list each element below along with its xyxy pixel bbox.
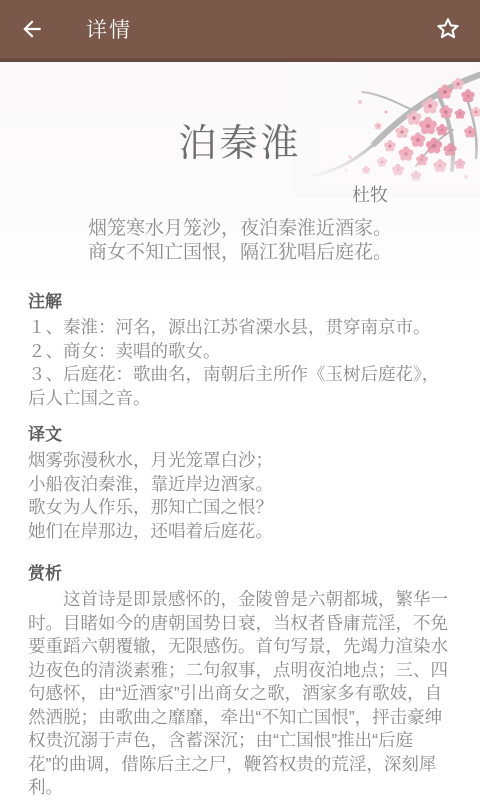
arrow-left-icon: [19, 16, 45, 42]
poem-line: 商女不知亡国恨，隔江犹唱后庭花。: [28, 241, 452, 265]
poem-detail-page[interactable]: 泊秦淮 杜牧 烟笼寒水月笼沙，夜泊秦淮近酒家。 商女不知亡国恨，隔江犹唱后庭花。…: [0, 62, 480, 800]
app-bar: 详情: [0, 0, 480, 62]
poem-author: 杜牧: [28, 181, 452, 207]
translation-line: 烟雾弥漫秋水，月光笼罩白沙；: [28, 449, 452, 473]
section-analysis: 赏析 这首诗是即景感怀的，金陵曾是六朝都城，繁华一时。目睹如今的唐朝国势日衰，当…: [28, 563, 452, 800]
translation-line: 她们在岸那边，还唱着后庭花。: [28, 520, 452, 544]
app-screen: 详情: [0, 0, 480, 800]
poem-title: 泊秦淮: [28, 112, 452, 167]
poem-body: 烟笼寒水月笼沙，夜泊秦淮近酒家。 商女不知亡国恨，隔江犹唱后庭花。: [28, 217, 452, 265]
analysis-heading: 赏析: [28, 563, 452, 585]
translation-line: 小船夜泊秦淮，靠近岸边酒家。: [28, 473, 452, 497]
favorite-button[interactable]: [432, 13, 464, 45]
note-item: ３、后庭花：歌曲名，南朝后主所作《玉树后庭花》，后人亡国之音。: [28, 363, 452, 410]
page-title: 详情: [86, 14, 132, 44]
notes-heading: 注解: [28, 291, 452, 313]
back-button[interactable]: [16, 13, 48, 45]
note-item: １、秦淮：河名，源出江苏省溧水县，贯穿南京市。: [28, 316, 452, 340]
star-outline-icon: [434, 15, 462, 43]
analysis-paragraph: 这首诗是即景感怀的，金陵曾是六朝都城，繁华一时。目睹如今的唐朝国势日衰，当权者昏…: [28, 588, 452, 800]
note-item: ２、商女：卖唱的歌女。: [28, 340, 452, 364]
translation-heading: 译文: [28, 424, 452, 446]
section-translation: 译文 烟雾弥漫秋水，月光笼罩白沙； 小船夜泊秦淮，靠近岸边酒家。 歌女为人作乐，…: [28, 424, 452, 543]
section-notes: 注解 １、秦淮：河名，源出江苏省溧水县，贯穿南京市。 ２、商女：卖唱的歌女。 ３…: [28, 291, 452, 410]
translation-line: 歌女为人作乐，那知亡国之恨？: [28, 496, 452, 520]
poem-line: 烟笼寒水月笼沙，夜泊秦淮近酒家。: [28, 217, 452, 241]
